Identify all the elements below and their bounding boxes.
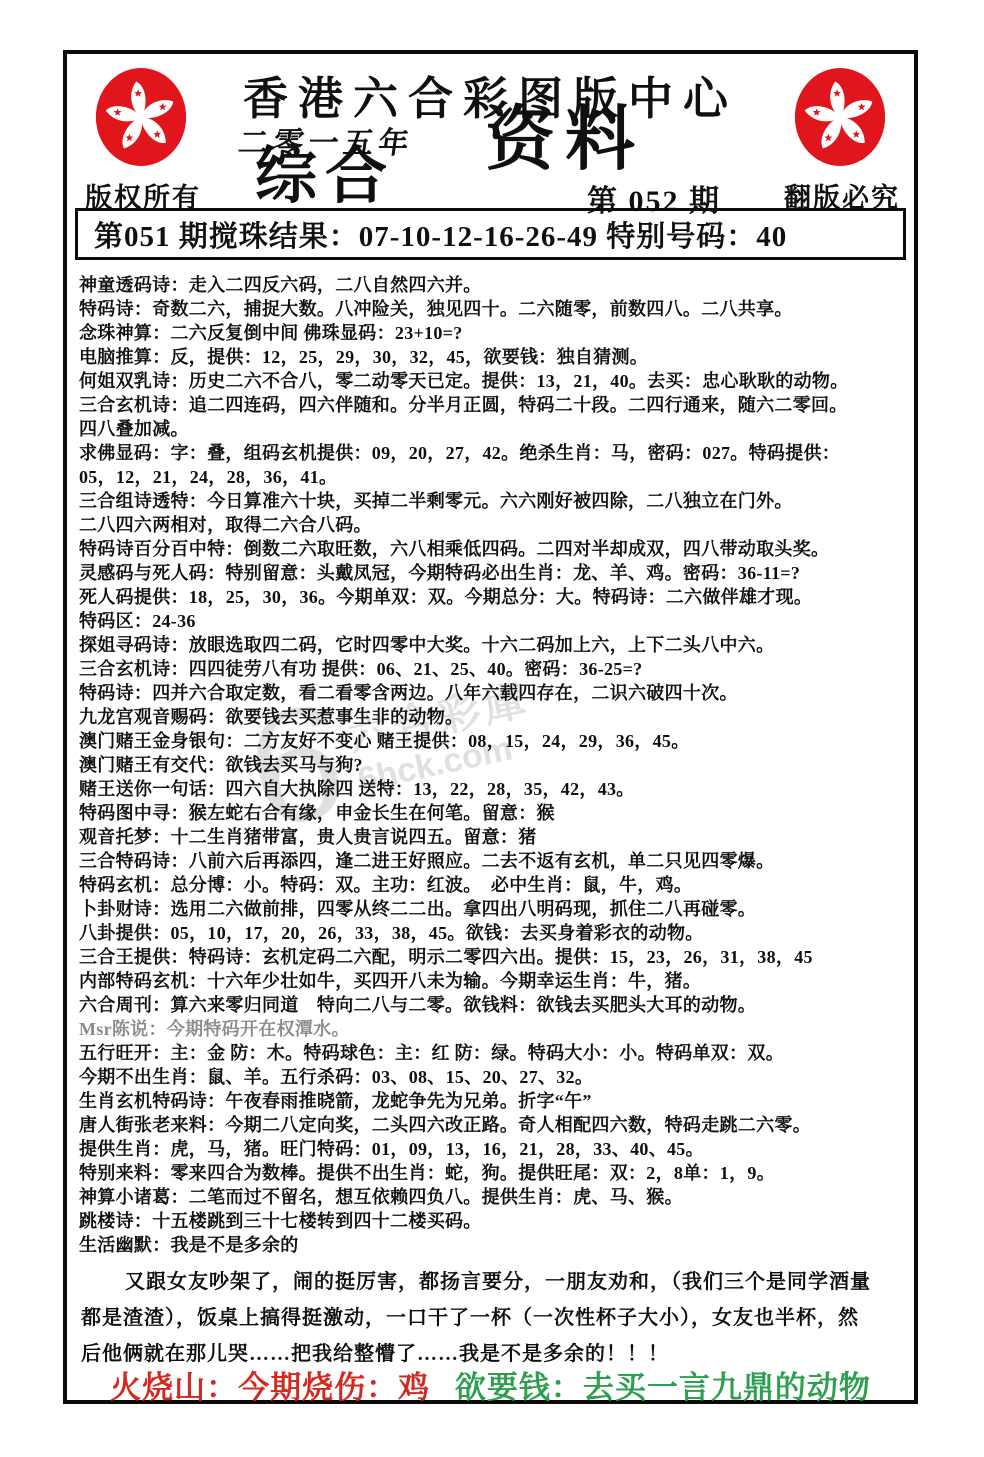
tip-line: 05，12，21，24，28，36，41。 — [79, 465, 906, 489]
tip-line: 电脑推算：反，提供：12，25，29，30，32，45，欲要钱：独自猜测。 — [79, 345, 906, 369]
footer-green-text: 欲要钱：去买一言九鼎的动物 — [455, 1370, 871, 1405]
tip-line: 特码诗百分百中特：倒数二六取旺数，六八相乘低四码。二四对半却成双，四八带动取头奖… — [79, 537, 906, 561]
tip-line: 特码图中寻：猴左蛇右合有缘，申金长生在何笔。留意：猴 — [79, 801, 906, 825]
tip-line: 卜卦财诗：选用二六做前排，四零从终二二出。拿四出八明码现，抓住二八再碰零。 — [79, 897, 906, 921]
tip-line: 求佛显码：字：叠，组码玄机提供：09，20，27，42。绝杀生肖：马，密码：02… — [79, 441, 906, 465]
sheet-frame: 6 六合彩庫 6hck.com — [63, 50, 918, 1404]
tip-line: 观音托梦：十二生肖猪带富，贵人贵言说四五。留意：猪 — [79, 825, 906, 849]
tip-line: 神算小诸葛：二笔而过不留名，想互依赖四负八。提供生肖：虎、马、猴。 — [79, 1185, 906, 1209]
tip-line: 八卦提供：05，10，17，20，26，33，38，45。欲钱：去买身着彩衣的动… — [79, 921, 906, 945]
tip-line: 内部特码玄机：十六年少壮如牛，买四开八未为输。今期幸运生肖：牛，猪。 — [79, 969, 906, 993]
lottery-tip-sheet: 6 六合彩庫 6hck.com — [0, 0, 984, 1457]
footer-hint-line: 火烧山：今期烧伤：鸡 欲要钱：去买一言九鼎的动物 — [67, 1362, 914, 1407]
tip-line: 生活幽默：我是不是多余的 — [79, 1233, 906, 1257]
tip-line: 提供生肖：虎，马，猪。旺门特码：01，09，13，16，21，28，33、40、… — [79, 1137, 906, 1161]
tip-line: 九龙宫观音赐码：欲要钱去买惹事生非的动物。 — [79, 705, 906, 729]
tip-line: 特码诗：奇数二六，捕捉大数。八冲险关，独见四十。二六随零，前数四八。二八共享。 — [79, 297, 906, 321]
tip-line: 澳门赌王有交代：欲钱去买马与狗? — [79, 753, 906, 777]
tip-line: 灵感码与死人码：特别留意：头戴凤冠，今期特码必出生肖：龙、羊、鸡。密码：36-1… — [79, 561, 906, 585]
tip-line: 跳楼诗：十五楼跳到三十七楼转到四十二楼买码。 — [79, 1209, 906, 1233]
tip-line: 三合玄机诗：追二四连码，四六伴随和。分半月正圆，特码二十段。二四行通来，随六二零… — [79, 393, 906, 417]
tip-line: 念珠神算：二六反复倒中间 佛珠显码：23+10=? — [79, 321, 906, 345]
tip-line-faded: Msr陈说：今期特码开在权潭水。 — [79, 1017, 906, 1041]
tip-line: 四八叠加减。 — [79, 417, 906, 441]
tip-line: 特码诗：四并六合取定数，看二看零含两边。八年六载四存在，二识六破四十次。 — [79, 681, 906, 705]
tips-body: 神童透码诗：走入二四反六码，二八自然四六并。 特码诗：奇数二六，捕捉大数。八冲险… — [79, 273, 906, 1257]
tip-line: 探姐寻码诗：放眼选取四二码，它时四零中大奖。十六二码加上六，上下二头八中六。 — [79, 633, 906, 657]
tip-line: 死人码提供：18，25，30，36。今期单双：双。今期总分：大。特码诗：二六做伴… — [79, 585, 906, 609]
humor-paragraph: 又跟女友吵架了，闹的挺厉害，都扬言要分，一朋友劝和，（我们三个是同学酒量 都是渣… — [81, 1264, 904, 1372]
tip-line: 三合玄机诗：四四徒劳八有功 提供：06、21、25、40。密码：36-25=? — [79, 657, 906, 681]
footer-red-text: 火烧山：今期烧伤：鸡 — [110, 1370, 430, 1405]
tip-line: 三合组诗透特：今日算准六十块，买掉二半剩零元。六六刚好被四除，二八独立在门外。 — [79, 489, 906, 513]
tip-line: 赌王送你一句话：四六自大执除四 送特：13，22，28，35，42，43。 — [79, 777, 906, 801]
main-title-part1: 综合 — [255, 146, 395, 208]
tip-line: 生肖玄机特码诗：午夜春雨推晓箭，龙蛇争先为兄弟。折字“午” — [79, 1089, 906, 1113]
tip-line: 三合特码诗：八前六后再添四，逢二进王好照应。二去不返有玄机，单二只见四零爆。 — [79, 849, 906, 873]
tip-line: 六合周刊：算六来零归同道 特向二八与二零。欲钱料：欲钱去买肥头大耳的动物。 — [79, 993, 906, 1017]
tip-line: 特别来料：零来四合为数棒。提供不出生肖：蛇，狗。提供旺尾：双：2，8单：1，9。 — [79, 1161, 906, 1185]
tip-line: 特码区：24-36 — [79, 609, 906, 633]
previous-draw-result-box: 第051 期搅珠结果：07-10-12-16-26-49 特别号码：40 — [75, 208, 906, 260]
tip-line: 五行旺开：主：金 防：木。特码球色：主：红 防：绿。特码大小：小。特码单双：双。 — [79, 1041, 906, 1065]
tip-line: 三合王提供：特码诗：玄机定码二六配，明示二零四六出。提供：15，23，26，31… — [79, 945, 906, 969]
tip-line: 唐人街张老来料：今期二八定向奖，二头四六改正路。奇人相配四六数，特码走跳二六零。 — [79, 1113, 906, 1137]
tip-line: 特码玄机：总分博：小。特码：双。主功：红波。 必中生肖：鼠，牛，鸡。 — [79, 873, 906, 897]
tip-line: 澳门赌王金身银句：二方友好不变心 赌王提供：08，15，24，29，36，45。 — [79, 729, 906, 753]
tip-line: 何姐双乳诗：历史二六不合八，零二动零天已定。提供：13，21，40。去买：忠心耿… — [79, 369, 906, 393]
tip-line: 二八四六两相对，取得二六合八码。 — [79, 513, 906, 537]
tip-line: 神童透码诗：走入二四反六码，二八自然四六并。 — [79, 273, 906, 297]
humor-line: 都是渣渣），饭桌上搞得挺激动，一口干了一杯（一次性杯子大小），女友也半杯，然 — [81, 1300, 904, 1336]
main-title-part2: 资料 — [485, 106, 645, 176]
humor-line: 又跟女友吵架了，闹的挺厉害，都扬言要分，一朋友劝和，（我们三个是同学酒量 — [81, 1264, 904, 1300]
tip-line: 今期不出生肖：鼠、羊。五行杀码：03、08、15、20、27、32。 — [79, 1065, 906, 1089]
